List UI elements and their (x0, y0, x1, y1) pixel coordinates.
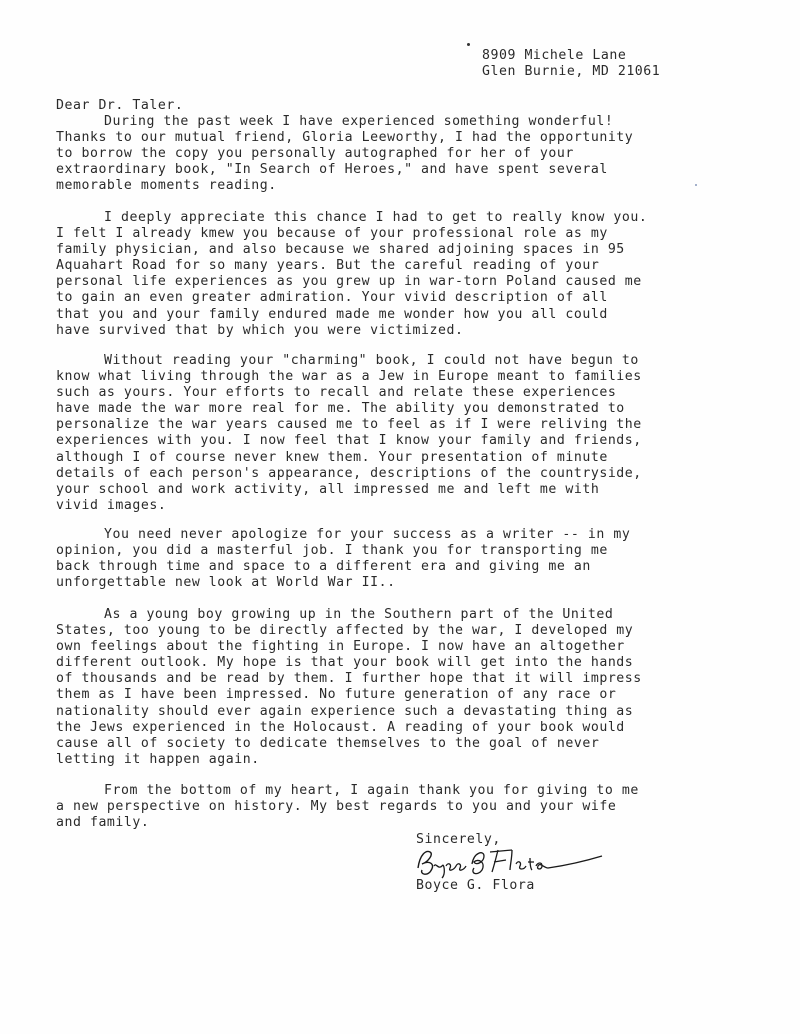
address-city-state-zip: Glen Burnie, MD 21061 (482, 64, 660, 80)
paragraph-line: a new perspective on history. My best re… (56, 799, 639, 815)
paper-speck (467, 43, 470, 46)
salutation: Dear Dr. Taler. (56, 98, 183, 114)
paragraph-line: Without reading your "charming" book, I … (56, 353, 642, 369)
paragraph-line: States, too young to be directly affecte… (56, 623, 642, 639)
signer-name: Boyce G. Flora (416, 878, 535, 894)
paragraph-line: them as I have been impressed. No future… (56, 687, 642, 703)
paragraph-line: of thousands and be read by them. I furt… (56, 671, 642, 687)
paragraph-line: details of each person's appearance, des… (56, 466, 642, 482)
paragraph-line: your school and work activity, all impre… (56, 482, 642, 498)
paragraph-line: and family. (56, 815, 639, 831)
paragraph-line: although I of course never knew them. Yo… (56, 450, 642, 466)
paragraph-line: You need never apologize for your succes… (56, 527, 630, 543)
sender-address: 8909 Michele Lane Glen Burnie, MD 21061 (482, 48, 660, 80)
paper-speck (695, 184, 697, 186)
paragraph-line: to borrow the copy you personally autogr… (56, 146, 633, 162)
paragraph-line: to gain an even greater admiration. Your… (56, 290, 647, 306)
paragraph-line: memorable moments reading. (56, 178, 633, 194)
paragraph-line: During the past week I have experienced … (56, 114, 633, 130)
paragraph-5: As a young boy growing up in the Souther… (56, 607, 642, 768)
paragraph-6: From the bottom of my heart, I again tha… (56, 783, 639, 831)
paragraph-line: opinion, you did a masterful job. I than… (56, 543, 630, 559)
paragraph-line: the Jews experienced in the Holocaust. A… (56, 720, 642, 736)
paragraph-line: back through time and space to a differe… (56, 559, 630, 575)
paragraph-line: personal life experiences as you grew up… (56, 274, 647, 290)
paragraph-line: nationality should ever again experience… (56, 704, 642, 720)
paragraph-line: unforgettable new look at World War II.. (56, 575, 630, 591)
paragraph-line: Aquahart Road for so many years. But the… (56, 258, 647, 274)
paragraph-line: letting it happen again. (56, 752, 642, 768)
paragraph-line: extraordinary book, "In Search of Heroes… (56, 162, 633, 178)
paragraph-line: experiences with you. I now feel that I … (56, 433, 642, 449)
paragraph-line: have made the war more real for me. The … (56, 401, 642, 417)
paragraph-line: I deeply appreciate this chance I had to… (56, 210, 647, 226)
paragraph-line: vivid images. (56, 498, 642, 514)
paragraph-line: have survived that by which you were vic… (56, 323, 647, 339)
paragraph-line: personalize the war years caused me to f… (56, 417, 642, 433)
paragraph-line: family physician, and also because we sh… (56, 242, 647, 258)
paragraph-line: cause all of society to dedicate themsel… (56, 736, 642, 752)
paragraph-line: know what living through the war as a Je… (56, 369, 642, 385)
paragraph-line: different outlook. My hope is that your … (56, 655, 642, 671)
paragraph-line: such as yours. Your efforts to recall an… (56, 385, 642, 401)
paragraph-line: own feelings about the fighting in Europ… (56, 639, 642, 655)
handwritten-signature (412, 844, 612, 880)
letter-page: 8909 Michele Lane Glen Burnie, MD 21061 … (0, 0, 800, 1034)
paragraph-4: You need never apologize for your succes… (56, 527, 630, 591)
paragraph-line: As a young boy growing up in the Souther… (56, 607, 642, 623)
address-street: 8909 Michele Lane (482, 48, 660, 64)
paragraph-line: From the bottom of my heart, I again tha… (56, 783, 639, 799)
paragraph-2: I deeply appreciate this chance I had to… (56, 210, 647, 339)
paragraph-line: Thanks to our mutual friend, Gloria Leew… (56, 130, 633, 146)
paragraph-1: During the past week I have experienced … (56, 114, 633, 194)
paragraph-line: I felt I already kmew you because of you… (56, 226, 647, 242)
paragraph-line: that you and your family endured made me… (56, 307, 647, 323)
paragraph-3: Without reading your "charming" book, I … (56, 353, 642, 514)
